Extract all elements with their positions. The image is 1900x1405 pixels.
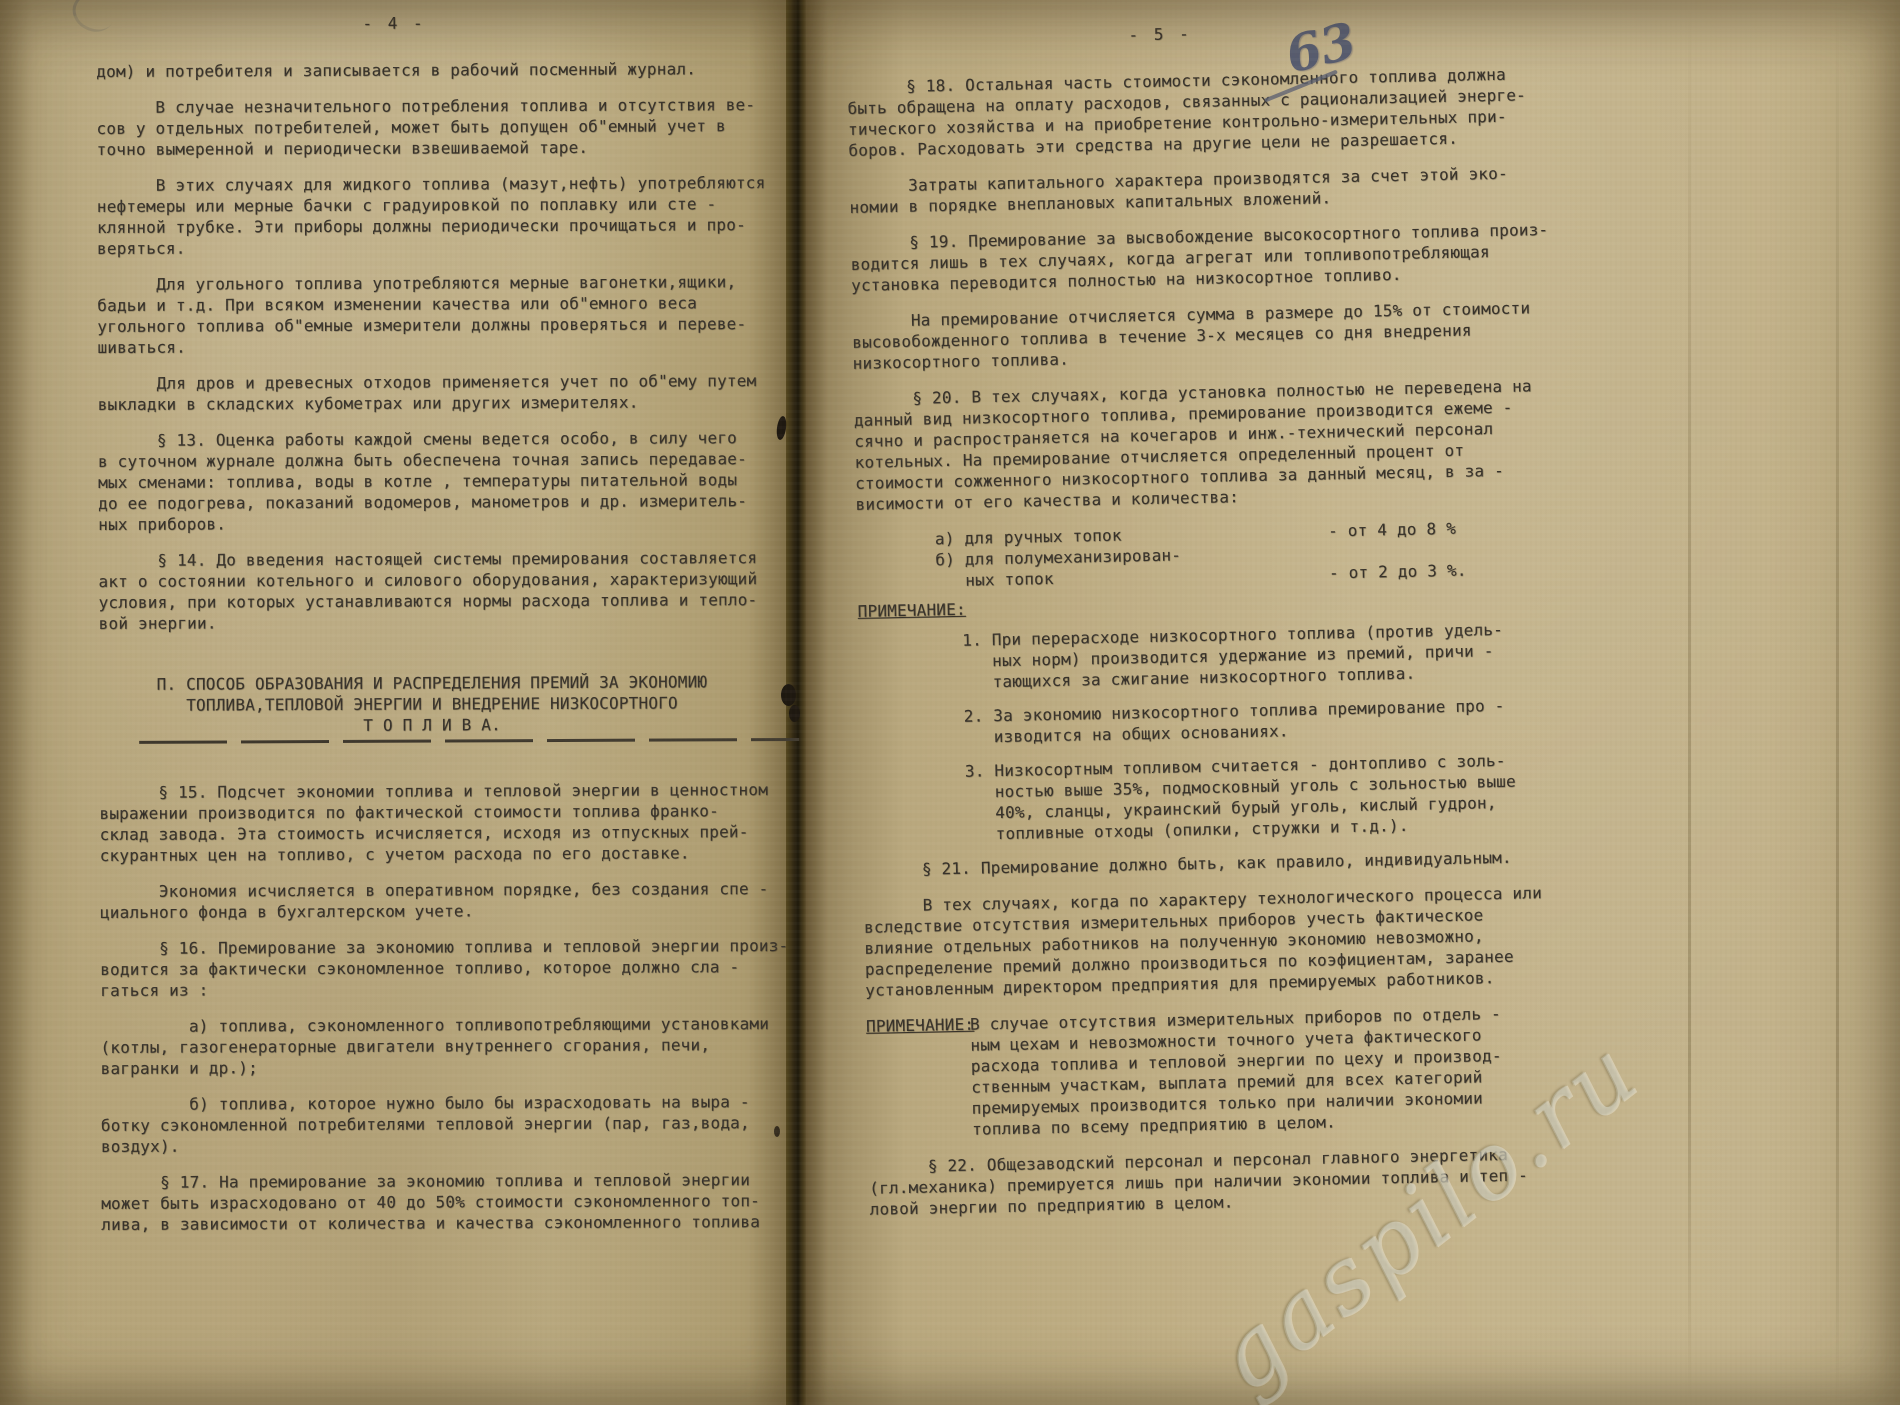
- list-item-b: б) топлива, которое нужно было бы израсх…: [101, 1091, 807, 1157]
- ink-blob: [781, 684, 796, 706]
- page-4-text-column: - 4 - дом) и потребителя и записывается …: [96, 11, 807, 1250]
- paragraph-section-17: § 17. На премирование за экономию топлив…: [101, 1169, 807, 1235]
- paragraph: На премирование отчисляется сумма в разм…: [852, 295, 1627, 374]
- note-item-1: 1. При перерасходе низкосортного топлива…: [962, 616, 1633, 692]
- note-items: 1. При перерасходе низкосортного топлива…: [962, 616, 1636, 844]
- ink-blob: [789, 705, 800, 722]
- paragraph-section-16: § 16. Премирование за экономию топлива и…: [100, 935, 806, 1001]
- page-number: - 4 -: [41, 11, 747, 35]
- heading-underline: [139, 738, 799, 744]
- ink-blob: [774, 1126, 780, 1137]
- page-5-text-column: - 5 - § 18. Остальная часть стоимости сэ…: [846, 14, 1644, 1234]
- paragraph: В тех случаях, когда по характеру технол…: [863, 880, 1639, 1001]
- paragraph-section-15: § 15. Подсчет экономии топлива и теплово…: [99, 779, 805, 866]
- paragraph: Для дров и древесных отходов применяется…: [98, 370, 804, 415]
- paragraph-section-13: § 13. Оценка работы каждой смены ведется…: [98, 427, 804, 535]
- note-label: ПРИМЕЧАНИЕ:: [857, 585, 1631, 622]
- paragraph-section-14: § 14. До введения настоящей системы прем…: [98, 547, 804, 634]
- paragraph: В этих случаях для жидкого топлива (мазу…: [97, 172, 803, 259]
- rate-list: а) для ручных топок - от 4 до 8 % б) для…: [856, 514, 1631, 593]
- note-item-2: 2. За экономию низкосортного топлива пре…: [964, 692, 1635, 747]
- list-item-a: а) топлива, сэкономленного топливопотреб…: [100, 1013, 806, 1079]
- paragraph-section-19: § 19. Премирование за высвобождение высо…: [850, 217, 1625, 296]
- paragraph: Экономия исчисляется в оперативном поряд…: [100, 878, 806, 923]
- note-label: ПРИМЕЧАНИЕ:: [866, 1014, 975, 1037]
- note-item-3: 3. Низкосортным топливом считается - дон…: [965, 747, 1637, 844]
- paragraph-section-18: § 18. Остальная часть стоимости сэкономл…: [847, 61, 1623, 161]
- paragraph-section-20: § 20. В тех случаях, когда установка пол…: [853, 373, 1629, 515]
- section-heading: П. СПОСОБ ОБРАЗОВАНИЯ И РАСПРЕДЕЛЕНИЯ ПР…: [79, 671, 785, 737]
- paragraph-section-21: § 21. Премирование должно быть, как прав…: [863, 844, 1637, 881]
- paragraph: Для угольного топлива употребляются мерн…: [97, 271, 803, 358]
- paragraph: Затраты капитального характера производя…: [849, 160, 1624, 218]
- paragraph: В случае незначительного потребления топ…: [96, 94, 802, 160]
- paragraph: дом) и потребителя и записывается в рабо…: [96, 58, 802, 82]
- scanned-document-spread: - 4 - дом) и потребителя и записывается …: [0, 0, 1900, 1405]
